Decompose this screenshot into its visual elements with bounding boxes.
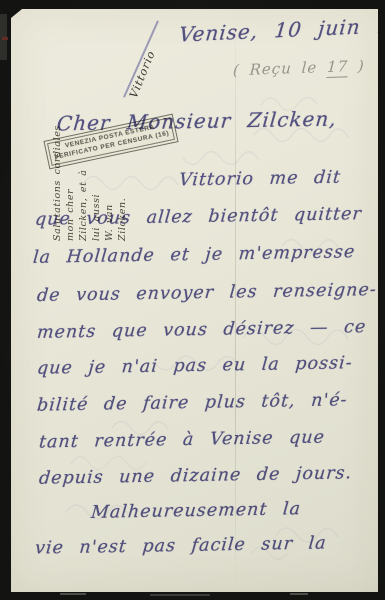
letter-line: que je n'ai pas eu la possi-	[36, 353, 353, 379]
letter-page: Salutations cordiales mon cher Zilcken, …	[11, 9, 378, 592]
date-line: Venise, 10 juin 1919	[178, 11, 385, 46]
margin-signature: Vittorio	[127, 49, 158, 100]
letter-line: depuis une dizaine de jours.	[38, 463, 353, 488]
letter-line: la Hollande et je m'empresse	[32, 242, 356, 268]
received-note-suffix: )	[348, 57, 366, 76]
letter-line: Malheureusement la	[90, 499, 302, 523]
dust-speck	[150, 594, 210, 596]
letter-line: bilité de faire plus tôt, n'é-	[36, 390, 348, 415]
received-note: ( Reçu le 17 )	[233, 57, 366, 80]
dust-speck	[290, 593, 308, 595]
letter-line: de vous envoyer les renseigne-	[36, 280, 377, 306]
letter-line: Vittorio me dit	[178, 168, 342, 191]
dust-speck	[60, 593, 86, 595]
received-note-number: 17	[326, 57, 348, 78]
letter-line: vie n'est pas facile sur la	[34, 533, 327, 558]
received-note-prefix: ( Reçu le	[233, 58, 328, 79]
red-edge-speck	[2, 37, 8, 40]
letter-line: ments que vous désirez — ce	[36, 317, 367, 343]
letter-line: tant rentrée à Venise que	[38, 427, 326, 452]
